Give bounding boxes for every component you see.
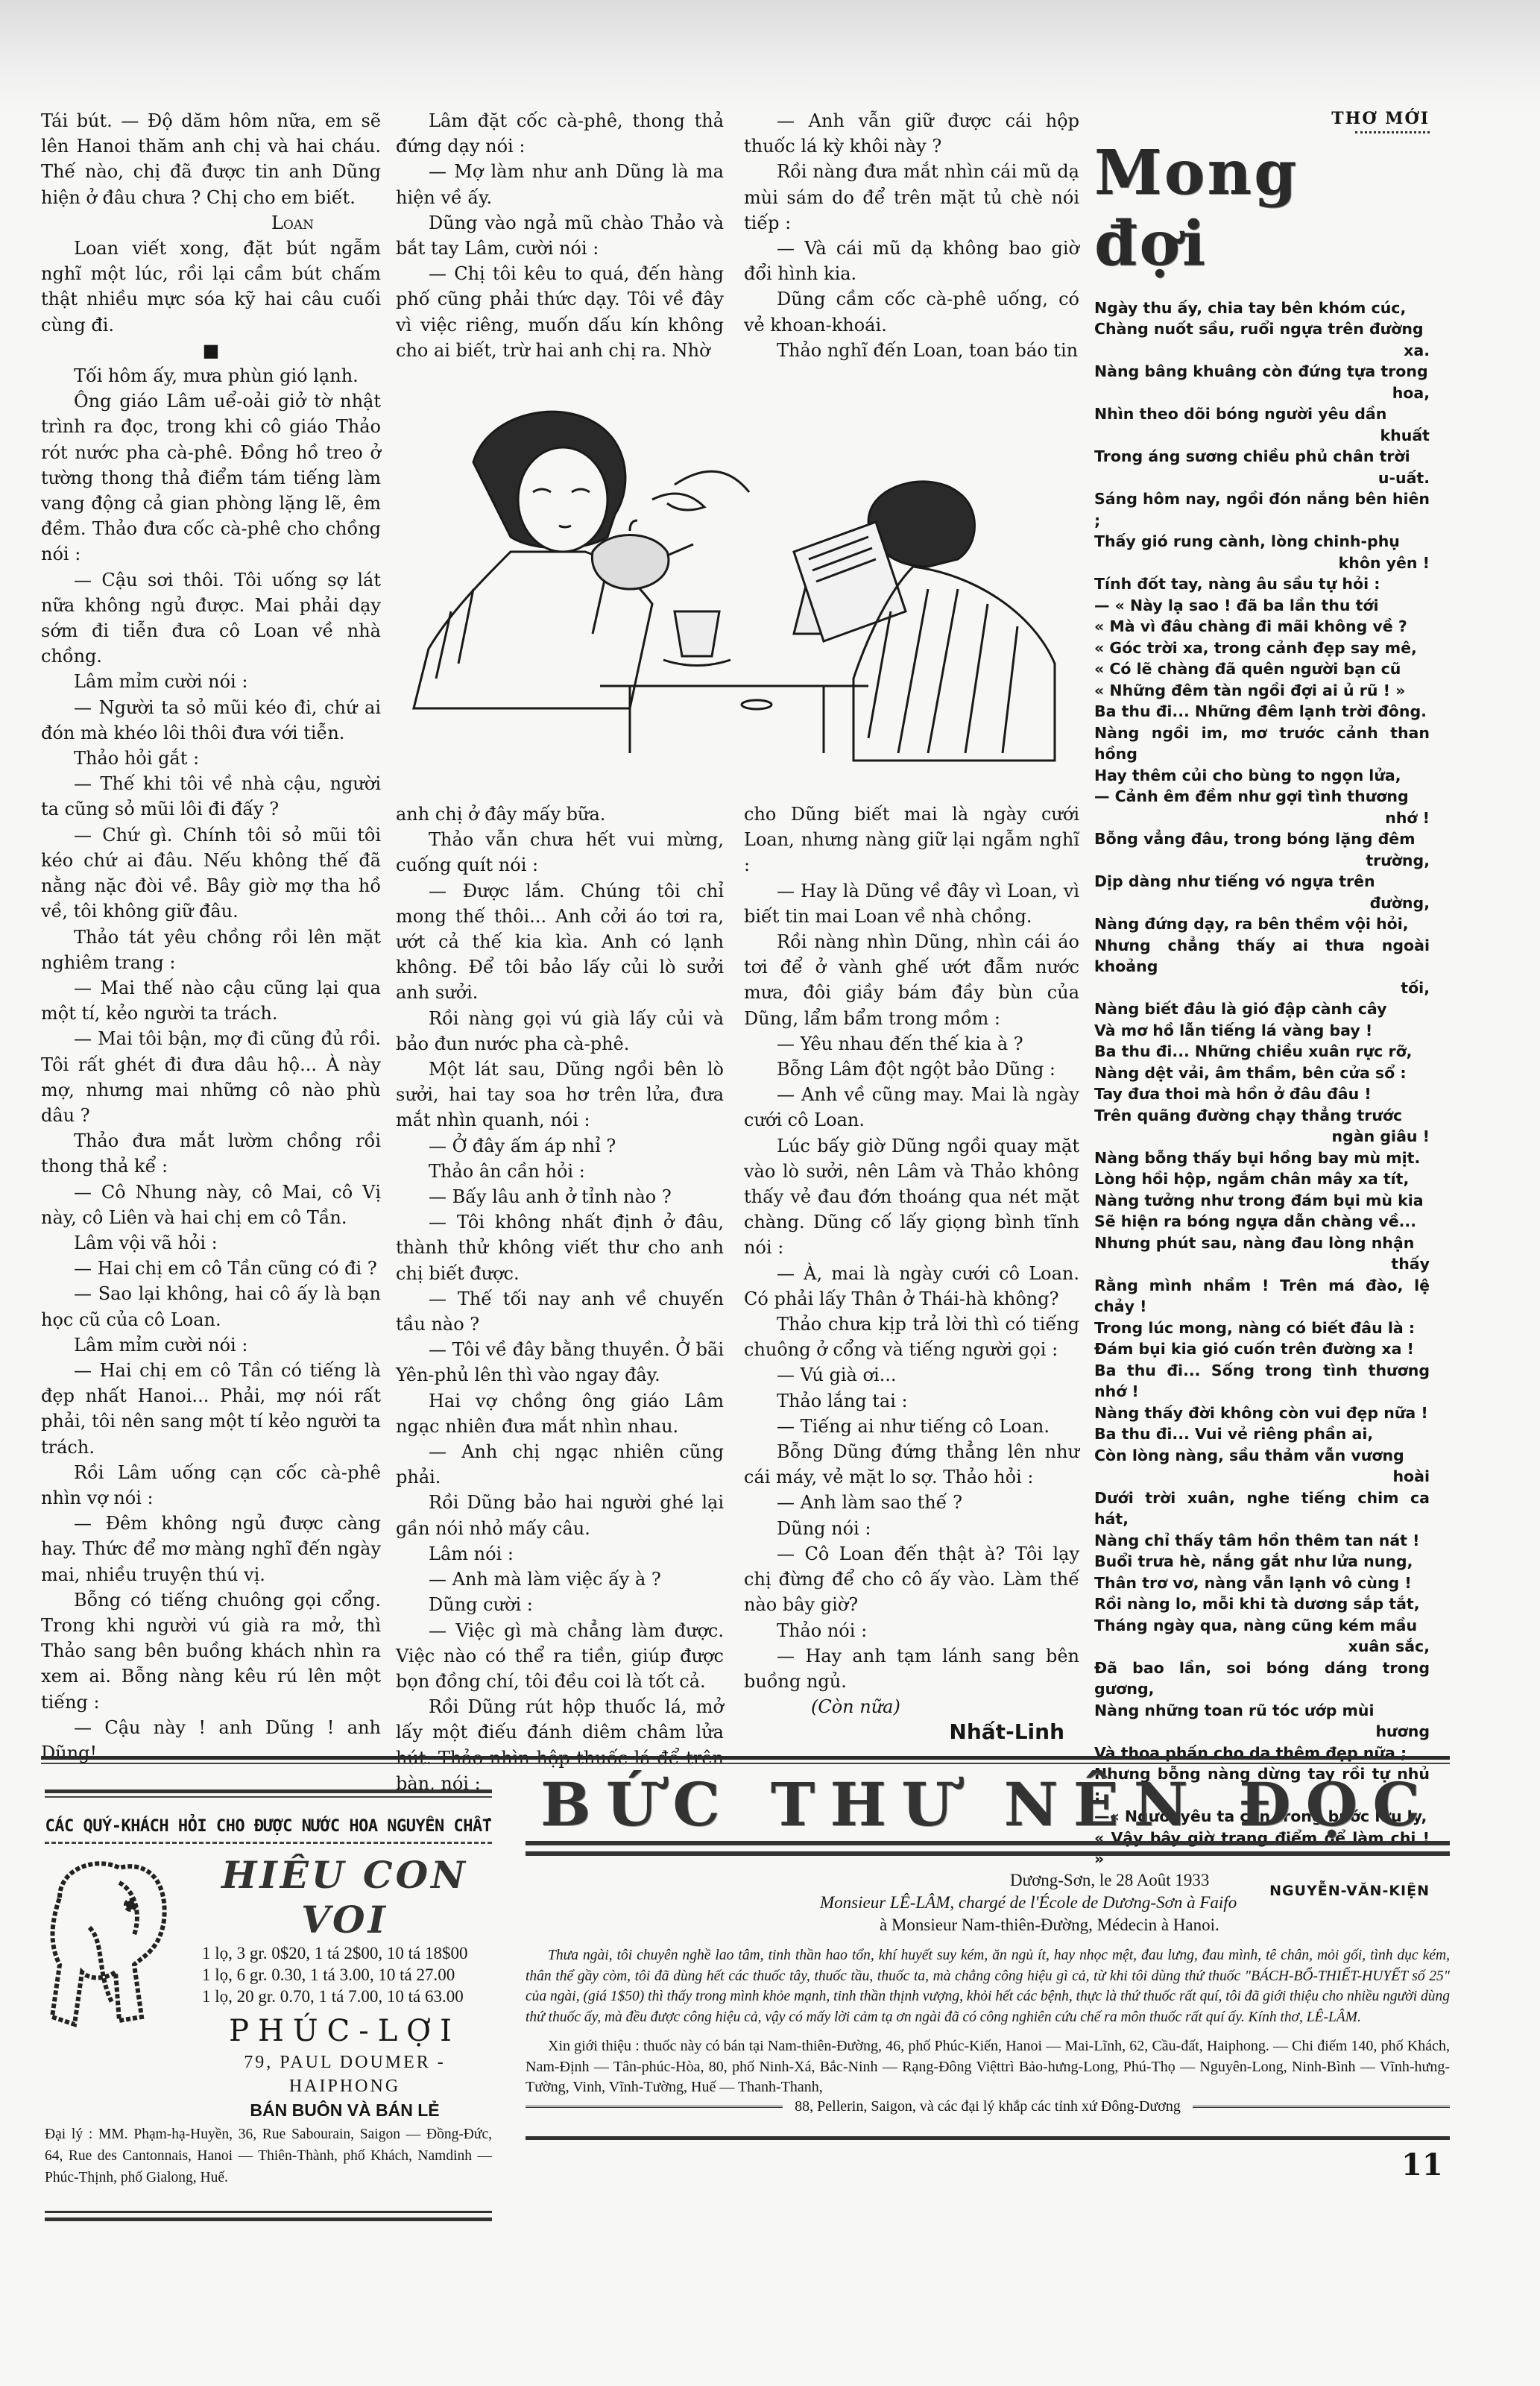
- poem-line: Dưới trời xuân, nghe tiếng chim ca hát,: [1094, 1488, 1430, 1530]
- poem-line: Nàng đứng dạy, ra bên thềm vội hỏi,: [1094, 913, 1430, 935]
- poem-line: xa.: [1094, 340, 1430, 362]
- paragraph: — Cô Nhung này, cô Mai, cô Vị này, cô Li…: [41, 1180, 381, 1230]
- poem-line: tối,: [1094, 978, 1430, 999]
- paragraph: — Tiếng ai như tiếng cô Loan.: [744, 1414, 1079, 1439]
- paragraph: Hai vợ chồng ông giáo Lâm ngạc nhiên đưa…: [396, 1388, 724, 1439]
- poem-line: Và mơ hồ lẫn tiếng lá vàng bay !: [1094, 1020, 1430, 1042]
- section-divider: [41, 1756, 1450, 1760]
- closing-rule-left: [526, 2106, 783, 2108]
- poem-line: khuất: [1094, 425, 1430, 447]
- poem-line: Thấy gió rung cành, lòng chinh-phụ: [1094, 531, 1430, 553]
- paragraph: ■: [41, 338, 381, 363]
- paragraph: Rồi Dũng bảo hai người ghé lại gần nói n…: [396, 1490, 724, 1540]
- poem-line: — « Này lạ sao ! đã ba lần thu tới: [1094, 595, 1430, 617]
- paragraph: — Tôi không nhất định ở đâu, thành thử k…: [396, 1209, 724, 1286]
- letter-dateline: Dương-Sơn, le 28 Août 1933: [526, 1869, 1450, 1892]
- poem-line: thấy: [1094, 1253, 1430, 1275]
- paragraph: — Ở đây ấm áp nhỉ ?: [396, 1133, 724, 1159]
- paragraph: Dũng cười :: [396, 1592, 724, 1617]
- poem-line: Lòng hồi hộp, ngắm chân mây xa tít,: [1094, 1168, 1430, 1190]
- paragraph: Dũng cầm cốc cà-phê uống, có vẻ khoan-kh…: [744, 286, 1079, 337]
- ad-header: CÁC QUÝ-KHÁCH HỎI CHO ĐƯỢC NƯỚC HOA NGUY…: [45, 1817, 492, 1836]
- letter-body: Thưa ngài, tôi chuyên nghề lao tâm, tinh…: [526, 1945, 1450, 2027]
- poem-line: Nhưng chẳng thấy ai thưa ngoài khoảng: [1094, 935, 1430, 978]
- scan-grain-header: [0, 0, 1540, 112]
- poem-line: Nàng thấy đời không còn vui đẹp nữa !: [1094, 1403, 1430, 1424]
- poem-line: Nàng những toan rũ tóc ướp mùi: [1094, 1700, 1430, 1722]
- paragraph: Thảo đưa mắt lườm chồng rồi thong thả kể…: [41, 1128, 381, 1179]
- paragraph: — Đêm không ngủ được càng hay. Thức để m…: [41, 1511, 381, 1587]
- poem-line: Hay thêm củi cho bùng to ngọn lửa,: [1094, 765, 1430, 787]
- paragraph: — Cô Loan đến thật à? Tôi lạy chị đừng đ…: [744, 1541, 1079, 1618]
- paragraph: Dũng vào ngả mũ chào Thảo và bắt tay Lâm…: [396, 210, 724, 261]
- illustration-coffee-scene: [406, 365, 1077, 783]
- closing-text: 88, Pellerin, Saigon, và các đại lý khắp…: [795, 2098, 1181, 2115]
- page-number: 11: [1401, 2147, 1443, 2182]
- ad-bottom-rule-thick: [45, 2217, 492, 2221]
- poem-line: Trên quãng đường chạy thẳng trước: [1094, 1105, 1430, 1127]
- story-column-3-bottom: cho Dũng biết mai là ngày cưới Loan, như…: [744, 802, 1079, 1746]
- letter-recipient: à Monsieur Nam-thiên-Đường, Médecin à Ha…: [526, 1914, 1450, 1936]
- poem-line: Chàng nuốt sầu, ruổi ngựa trên đường: [1094, 318, 1430, 340]
- paragraph: (Còn nữa): [744, 1694, 1079, 1719]
- paragraph: Lâm mỉm cười nói :: [41, 669, 381, 694]
- sale-type: BÁN BUÔN VÀ BÁN LẺ: [198, 2098, 492, 2122]
- paragraph: Lâm mỉm cười nói :: [41, 1332, 381, 1358]
- paragraph: Loan viết xong, đặt bút ngẫm nghĩ một lú…: [41, 236, 381, 338]
- paragraph: Bỗng có tiếng chuông gọi cổng. Trong khi…: [41, 1587, 381, 1715]
- paragraph: Thảo tát yêu chồng rồi lên mặt nghiêm tr…: [41, 925, 381, 975]
- paragraph: Thảo lắng tai :: [744, 1388, 1079, 1414]
- poem-line: hương: [1094, 1721, 1430, 1743]
- paragraph: Thảo vẫn chưa hết vui mừng, cuống quít n…: [396, 827, 724, 878]
- paragraph: Rồi Lâm uống cạn cốc cà-phê nhìn vợ nói …: [41, 1460, 381, 1511]
- poem-line: Và thoa phấn cho da thêm đẹp nữa ;: [1094, 1743, 1430, 1764]
- poem-line: « Góc trời xa, trong cảnh đẹp say mê,: [1094, 638, 1430, 659]
- letter-headline: BỨC THƯ NÊN ĐỌC: [526, 1771, 1450, 1838]
- poem-line: u-uất.: [1094, 468, 1430, 489]
- paragraph: — Cậu sơi thôi. Tôi uống sợ lát nữa khôn…: [41, 567, 381, 670]
- poem-mong-doi: THƠ MỚI Mong đợi Ngày thu ấy, chia tay b…: [1094, 108, 1430, 1901]
- paragraph: Tái bút. — Độ dăm hôm nữa, em sẽ lên Han…: [41, 108, 381, 210]
- paragraph: — Và cái mũ dạ không bao giờ đổi hình ki…: [744, 236, 1079, 286]
- closing-rule-right: [1193, 2106, 1450, 2108]
- poem-line: Đã bao lần, soi bóng dáng trong gương,: [1094, 1658, 1430, 1700]
- paragraph: — Tôi về đây bằng thuyền. Ở bãi Yên-phủ …: [396, 1337, 724, 1388]
- paragraph: anh chị ở đây mấy bữa.: [396, 802, 724, 827]
- paragraph: Bỗng Lâm đột ngột bảo Dũng :: [744, 1057, 1079, 1082]
- paragraph: — Anh làm sao thế ?: [744, 1490, 1079, 1515]
- paragraph: — Chứ gì. Chính tôi sỏ mũi tôi kéo chứ a…: [41, 822, 381, 925]
- poem-line: Sẽ hiện ra bóng ngựa dẫn chàng về...: [1094, 1211, 1430, 1233]
- letter-bottom-rule: [526, 2136, 1450, 2140]
- poem-line: khôn yên !: [1094, 553, 1430, 574]
- poem-line: Nàng bâng khuâng còn đứng tựa trong: [1094, 361, 1430, 383]
- paragraph: — Anh vẫn giữ được cái hộp thuốc lá kỳ k…: [744, 108, 1079, 159]
- poem-line: Rồi nàng lo, mỗi khi tà dương sắp tắt,: [1094, 1593, 1430, 1615]
- poem-line: Nhìn theo dõi bóng người yêu dần: [1094, 403, 1430, 425]
- ad-perfume-details: HIÊU CON VOI 1 lọ, 3 gr. 0$20, 1 tá 2$00…: [198, 1853, 492, 2122]
- paragraph: — Hay anh tạm lánh sang bên buồng ngủ.: [744, 1643, 1079, 1694]
- paragraph: Tối hôm ấy, mưa phùn gió lạnh.: [41, 363, 381, 388]
- paragraph: Lâm đặt cốc cà-phê, thong thả đứng dạy n…: [396, 108, 724, 159]
- ad-top-rule-thin: [45, 1796, 492, 1798]
- poem-line: Nàng ngồi im, mơ trước cảnh than hồng: [1094, 723, 1430, 765]
- story-column-2-top: Lâm đặt cốc cà-phê, thong thả đứng dạy n…: [396, 108, 724, 363]
- poem-line: xuân sắc,: [1094, 1636, 1430, 1658]
- paragraph: Lâm nói :: [396, 1541, 724, 1567]
- paragraph: Nhất-Linh: [744, 1719, 1079, 1745]
- poem-line: Bỗng vẳng đâu, trong bóng lặng đêm: [1094, 828, 1430, 850]
- poem-line: Ba thu đi... Sống trong tình thương nhớ …: [1094, 1360, 1430, 1403]
- paragraph: — Thế tối nay anh về chuyến tầu nào ?: [396, 1286, 724, 1337]
- poem-line: « Những đêm tàn ngồi đợi ai ủ rũ ! »: [1094, 680, 1430, 702]
- paragraph: Rồi nàng nhìn Dũng, nhìn cái áo tơi để ở…: [744, 929, 1079, 1031]
- price-line-2: 1 lọ, 6 gr. 0.30, 1 tá 3.00, 10 tá 27.00: [198, 1964, 492, 1986]
- poem-line: Dịp dàng như tiếng vó ngựa trên: [1094, 871, 1430, 893]
- poem-line: ngàn giâu !: [1094, 1126, 1430, 1148]
- poem-line: Tính đốt tay, nàng âu sầu tự hỏi :: [1094, 573, 1430, 595]
- elephant-icon: [45, 1853, 171, 2032]
- paragraph: Một lát sau, Dũng ngồi bên lò sưởi, hai …: [396, 1057, 724, 1133]
- paragraph: — Việc gì mà chẳng làm được. Việc nào có…: [396, 1618, 724, 1695]
- paragraph: — Thế khi tôi về nhà cậu, người ta cũng …: [41, 771, 381, 822]
- paragraph: — Người ta sỏ mũi kéo đi, chứ ai đón mà …: [41, 695, 381, 746]
- paragraph: Rồi nàng gọi vú già lấy củi và bảo đun n…: [396, 1006, 724, 1057]
- section-kicker: THƠ MỚI: [1094, 108, 1430, 130]
- poem-line: Buổi trưa hè, nắng gắt như lửa nung,: [1094, 1551, 1430, 1573]
- poem-line: Ba thu đi... Những đêm lạnh trời đông.: [1094, 701, 1430, 723]
- poem-line: Nàng chỉ thấy tâm hồn thêm tan nát !: [1094, 1530, 1430, 1552]
- brand-name: HIÊU CON VOI: [198, 1853, 492, 1942]
- poem-line: đường,: [1094, 893, 1430, 914]
- paragraph: — Mợ làm như anh Dũng là ma hiện về ấy.: [396, 159, 724, 210]
- poem-line: « Có lẽ chàng đã quên người bạn cũ: [1094, 658, 1430, 680]
- paragraph: — Vú già ơi...: [744, 1362, 1079, 1388]
- paragraph: Thảo nói :: [744, 1618, 1079, 1643]
- kicker-underline: [1355, 131, 1430, 133]
- paragraph: Rồi nàng đưa mắt nhìn cái mũ dạ mùi sám …: [744, 159, 1079, 236]
- shop-name: PHÚC-LỢI: [198, 2012, 492, 2050]
- shop-address: 79, PAUL DOUMER - HAIPHONG: [198, 2050, 492, 2098]
- poem-line: hoa,: [1094, 383, 1430, 404]
- paragraph: — Mai tôi bận, mợ đi cũng đủ rồi. Tôi rấ…: [41, 1026, 381, 1128]
- poem-line: Nàng bỗng thấy bụi hồng bay mù mịt.: [1094, 1148, 1430, 1169]
- paragraph: Ông giáo Lâm uể-oải giở tờ nhật trình ra…: [41, 388, 381, 567]
- poem-line: Nhưng phút sau, nàng đau lòng nhận: [1094, 1233, 1430, 1254]
- poem-line: nhớ !: [1094, 808, 1430, 829]
- paragraph: — Anh về cũng may. Mai là ngày cưới cô L…: [744, 1082, 1079, 1133]
- poem-line: Trong áng sương chiều phủ chân trời: [1094, 446, 1430, 468]
- poem-title: Mong đợi: [1094, 138, 1430, 280]
- price-line-1: 1 lọ, 3 gr. 0$20, 1 tá 2$00, 10 tá 18$00: [198, 1942, 492, 1964]
- paragraph: Dũng nói :: [744, 1516, 1079, 1541]
- ad-bottom-rule: [45, 2211, 492, 2213]
- advertisement-perfume: CÁC QUÝ-KHÁCH HỎI CHO ĐƯỢC NƯỚC HOA NGUY…: [45, 1789, 492, 2221]
- paragraph: — Hai chị em cô Tần có tiếng là đẹp nhất…: [41, 1358, 381, 1460]
- poem-line: Ba thu đi... Những chiều xuân rực rỡ,: [1094, 1041, 1430, 1063]
- paragraph: — Bấy lâu anh ở tỉnh nào ?: [396, 1184, 724, 1209]
- section-divider-thin: [41, 1763, 1450, 1764]
- poem-line: Ba thu đi... Vui vẻ riêng phần ai,: [1094, 1423, 1430, 1445]
- paragraph: — Hai chị em cô Tần cũng có đi ?: [41, 1256, 381, 1281]
- poem-line: Tay đưa thoi mà hồn ở đâu đâu !: [1094, 1083, 1430, 1105]
- poem-line: Nàng dệt vải, âm thầm, bên cửa sổ :: [1094, 1063, 1430, 1084]
- ad-top-rule: [45, 1789, 492, 1793]
- paragraph: — Chị tôi kêu to quá, đến hàng phố cũng …: [396, 261, 724, 363]
- headline-double-rule: [526, 1841, 1450, 1856]
- paragraph: Thảo nghĩ đến Loan, toan báo tin: [744, 338, 1079, 363]
- letter-sender: Monsieur LÊ-LÂM, chargé de l'École de Dư…: [526, 1892, 1450, 1914]
- paragraph: Lâm vội vã hỏi :: [41, 1230, 381, 1256]
- advertisement-letter: BỨC THƯ NÊN ĐỌC Dương-Sơn, le 28 Août 19…: [526, 1771, 1450, 2140]
- paragraph: Bỗng Dũng đứng thẳng lên như cái máy, vẻ…: [744, 1439, 1079, 1490]
- poem-lines: Ngày thu ấy, chia tay bên khóm cúc,Chàng…: [1094, 298, 1430, 1870]
- paragraph: Thảo chưa kịp trả lời thì có tiếng chuôn…: [744, 1312, 1079, 1362]
- poem-line: Rằng mình nhầm ! Trên má đào, lệ chảy !: [1094, 1275, 1430, 1318]
- letter-closing-line: 88, Pellerin, Saigon, và các đại lý khắp…: [526, 2098, 1450, 2115]
- paragraph: — Yêu nhau đến thế kia à ?: [744, 1031, 1079, 1057]
- poem-line: Sáng hôm nay, ngồi đón nắng bên hiên ;: [1094, 488, 1430, 531]
- poem-line: Nàng tưởng như trong đám bụi mù kia: [1094, 1190, 1430, 1212]
- poem-line: « Mà vì đâu chàng đi mãi không về ?: [1094, 616, 1430, 638]
- paragraph: Thảo hỏi gắt :: [41, 746, 381, 771]
- letter-stockists: Xin giới thiệu : thuốc này có bán tại Na…: [526, 2036, 1450, 2098]
- poem-line: Trong lúc mong, nàng có biết đâu là :: [1094, 1318, 1430, 1339]
- paragraph: cho Dũng biết mai là ngày cưới Loan, như…: [744, 802, 1079, 878]
- paragraph: — Sao lại không, hai cô ấy là bạn học cũ…: [41, 1281, 381, 1332]
- paragraph: — Hay là Dũng về đây vì Loan, vì biết ti…: [744, 878, 1079, 929]
- paragraph: — Anh chị ngạc nhiên cũng phải.: [396, 1439, 724, 1490]
- ad-zigzag-rule: [45, 1842, 492, 1844]
- story-column-1: Tái bút. — Độ dăm hôm nữa, em sẽ lên Han…: [41, 108, 381, 1766]
- paragraph: — Mai thế nào cậu cũng lại qua một tí, k…: [41, 975, 381, 1026]
- poem-line: Còn lòng nàng, sầu thảm vẫn vương: [1094, 1445, 1430, 1467]
- poem-line: Thân trơ vơ, nàng vẫn lạnh vô cùng !: [1094, 1573, 1430, 1594]
- poem-line: Nàng biết đâu là gió đập cành cây: [1094, 998, 1430, 1020]
- price-line-3: 1 lọ, 20 gr. 0.70, 1 tá 7.00, 10 tá 63.0…: [198, 1986, 492, 2007]
- paragraph: Thảo ân cần hỏi :: [396, 1159, 724, 1184]
- paragraph: Lúc bấy giờ Dũng ngồi quay mặt vào lò sư…: [744, 1133, 1079, 1261]
- poem-line: trường,: [1094, 850, 1430, 872]
- poem-line: Ngày thu ấy, chia tay bên khóm cúc,: [1094, 298, 1430, 319]
- paragraph: — Anh mà làm việc ấy à ?: [396, 1567, 724, 1592]
- paragraph: — À, mai là ngày cưới cô Loan. Có phải l…: [744, 1261, 1079, 1312]
- poem-line: Đám bụi kia gió cuốn trên đường xa !: [1094, 1338, 1430, 1360]
- paragraph: Loan: [41, 210, 381, 236]
- story-column-2-bottom: anh chị ở đây mấy bữa.Thảo vẫn chưa hết …: [396, 802, 724, 1796]
- paragraph: — Được lắm. Chúng tôi chỉ mong thế thôi.…: [396, 878, 724, 1006]
- agents-list: Đại lý : MM. Phạm-hạ-Huyền, 36, Rue Sabo…: [45, 2124, 492, 2188]
- poem-line: hoài: [1094, 1466, 1430, 1488]
- poem-line: — Cảnh êm đềm như gợi tình thương: [1094, 786, 1430, 808]
- poem-line: Tháng ngày qua, nàng cũng kém mầu: [1094, 1615, 1430, 1637]
- story-column-3-top: — Anh vẫn giữ được cái hộp thuốc lá kỳ k…: [744, 108, 1079, 363]
